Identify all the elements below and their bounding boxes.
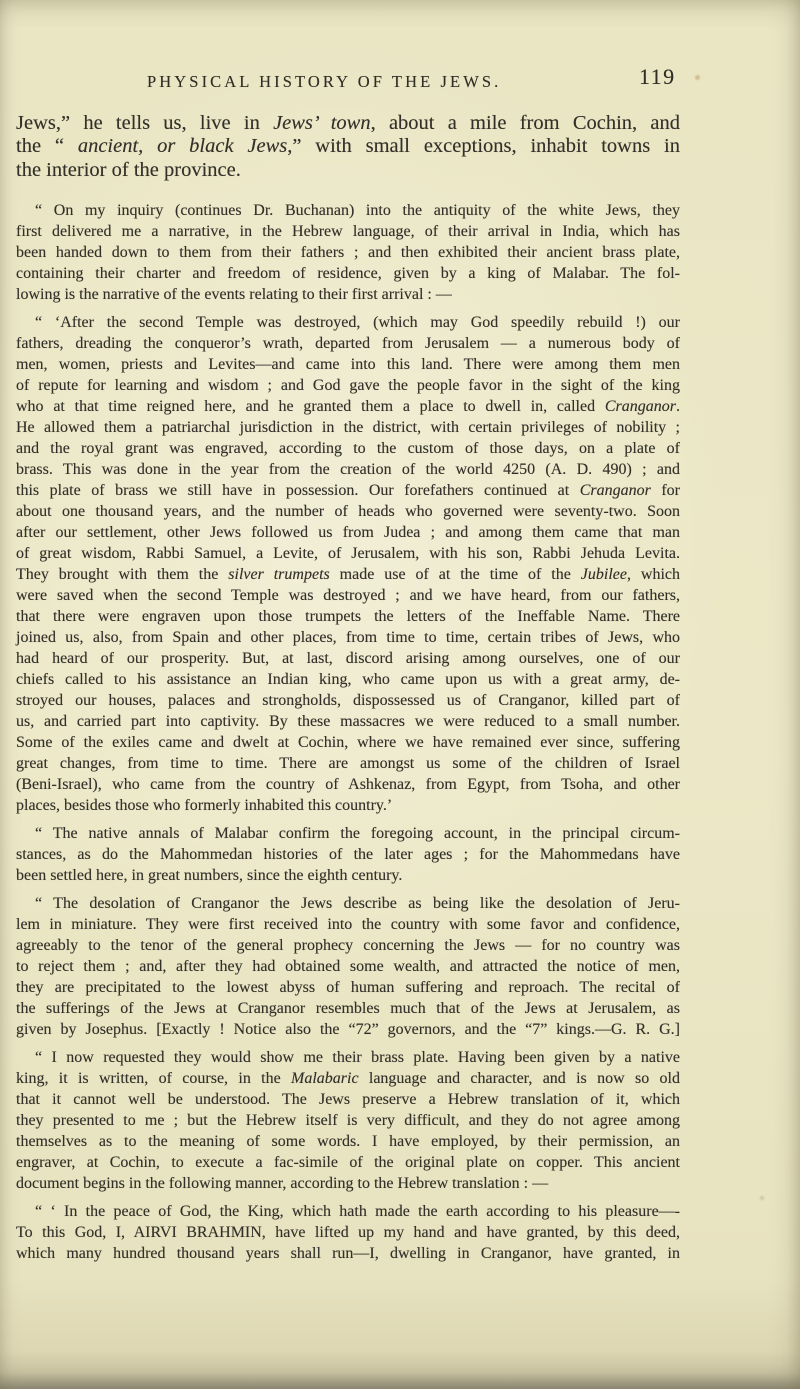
text-line: lowing is the narrative of the events re… bbox=[16, 284, 680, 305]
text-line: given by Josephus. [Exactly ! Notice als… bbox=[16, 1019, 680, 1040]
text-line: they are precipitated to the lowest abys… bbox=[16, 977, 680, 998]
paragraph: “ The desolation of Cranganor the Jews d… bbox=[16, 893, 680, 1040]
text-line: the sufferings of the Jews at Cranganor … bbox=[16, 998, 680, 1019]
text-line: chiefs called to his assistance an India… bbox=[16, 669, 680, 690]
text-line: and the royal grant was engraved, accord… bbox=[16, 438, 680, 459]
text-line: To this God, I, AIRVI BRAHMIN, have lift… bbox=[16, 1222, 680, 1243]
text-line: who at that time reigned here, and he gr… bbox=[16, 396, 680, 417]
text-line: they presented to me ; but the Hebrew it… bbox=[16, 1110, 680, 1131]
text-line: this plate of brass we still have in pos… bbox=[16, 480, 680, 501]
text-line: “ ‘ In the peace of God, the King, which… bbox=[16, 1201, 680, 1222]
text-line: been handed down to them from their fath… bbox=[16, 242, 680, 263]
paper-speck bbox=[760, 1196, 764, 1200]
text-line: the interior of the province. bbox=[16, 159, 680, 182]
text-line: fathers, dreading the conqueror’s wrath,… bbox=[16, 333, 680, 354]
text-line: after our settlement, other Jews followe… bbox=[16, 522, 680, 543]
text-line: “ The native annals of Malabar confirm t… bbox=[16, 823, 680, 844]
text-line: brass. This was done in the year from th… bbox=[16, 459, 680, 480]
text-line: us, and carried part into captivity. By … bbox=[16, 711, 680, 732]
text-line: of great wisdom, Rabbi Samuel, a Levite,… bbox=[16, 543, 680, 564]
text-line: containing their charter and freedom of … bbox=[16, 263, 680, 284]
text-line: “ On my inquiry (continues Dr. Buchanan)… bbox=[16, 200, 680, 221]
text-line: about one thousand years, and the number… bbox=[16, 501, 680, 522]
text-line: document begins in the following manner,… bbox=[16, 1173, 680, 1194]
paper-speck bbox=[695, 75, 700, 80]
text-line: “ The desolation of Cranganor the Jews d… bbox=[16, 893, 680, 914]
text-line: “ I now requested they would show me the… bbox=[16, 1047, 680, 1068]
paragraph: “ I now requested they would show me the… bbox=[16, 1047, 680, 1194]
text-line: been settled here, in great numbers, sin… bbox=[16, 865, 680, 886]
text-line: lem in miniature. They were first receiv… bbox=[16, 914, 680, 935]
text-line: men, women, priests and Levites—and came… bbox=[16, 354, 680, 375]
text-line: of repute for learning and wisdom ; and … bbox=[16, 375, 680, 396]
text-line: the “ ancient, or black Jews,” with smal… bbox=[16, 135, 680, 158]
text-line: engraver, at Cochin, to execute a fac-si… bbox=[16, 1152, 680, 1173]
text-line: (Beni-Israel), who came from the country… bbox=[16, 774, 680, 795]
text-line: that there were engraven upon those trum… bbox=[16, 606, 680, 627]
text-line: “ ‘After the second Temple was destroyed… bbox=[16, 312, 680, 333]
intro-paragraph: Jews,” he tells us, live in Jews’ town, … bbox=[16, 112, 680, 182]
page-number: 119 bbox=[639, 64, 676, 90]
text-line: Some of the exiles came and dwelt at Coc… bbox=[16, 732, 680, 753]
text-line: stances, as do the Mahommedan histories … bbox=[16, 844, 680, 865]
quoted-excerpt: “ On my inquiry (continues Dr. Buchanan)… bbox=[16, 200, 680, 1264]
text-line: Jews,” he tells us, live in Jews’ town, … bbox=[16, 112, 680, 135]
text-line: places, besides those who formerly inhab… bbox=[16, 795, 680, 816]
text-line: king, it is written, of course, in the M… bbox=[16, 1068, 680, 1089]
text-line: had heard of our prosperity. But, at las… bbox=[16, 648, 680, 669]
text-line: that it cannot well be understood. The J… bbox=[16, 1089, 680, 1110]
running-head: PHYSICAL HISTORY OF THE JEWS. bbox=[147, 72, 501, 92]
text-line: agreeably to the tenor of the general pr… bbox=[16, 935, 680, 956]
text-line: joined us, also, from Spain and other pl… bbox=[16, 627, 680, 648]
paragraph: Jews,” he tells us, live in Jews’ town, … bbox=[16, 112, 680, 182]
text-line: which many hundred thousand years shall … bbox=[16, 1243, 680, 1264]
paragraph: “ ‘ In the peace of God, the King, which… bbox=[16, 1201, 680, 1264]
text-line: great changes, from time to time. There … bbox=[16, 753, 680, 774]
text-line: first delivered me a narrative, in the H… bbox=[16, 221, 680, 242]
text-line: themselves as to the meaning of some wor… bbox=[16, 1131, 680, 1152]
book-page: { "colors": { "paper": "#ece8c7", "ink":… bbox=[0, 0, 800, 1389]
text-line: were saved when the second Temple was de… bbox=[16, 585, 680, 606]
text-line: stroyed our houses, palaces and strongho… bbox=[16, 690, 680, 711]
paragraph: “ ‘After the second Temple was destroyed… bbox=[16, 312, 680, 816]
text-line: They brought with them the silver trumpe… bbox=[16, 564, 680, 585]
paragraph: “ On my inquiry (continues Dr. Buchanan)… bbox=[16, 200, 680, 305]
text-line: He allowed them a patriarchal jurisdicti… bbox=[16, 417, 680, 438]
paragraph: “ The native annals of Malabar confirm t… bbox=[16, 823, 680, 886]
text-line: to reject them ; and, after they had obt… bbox=[16, 956, 680, 977]
